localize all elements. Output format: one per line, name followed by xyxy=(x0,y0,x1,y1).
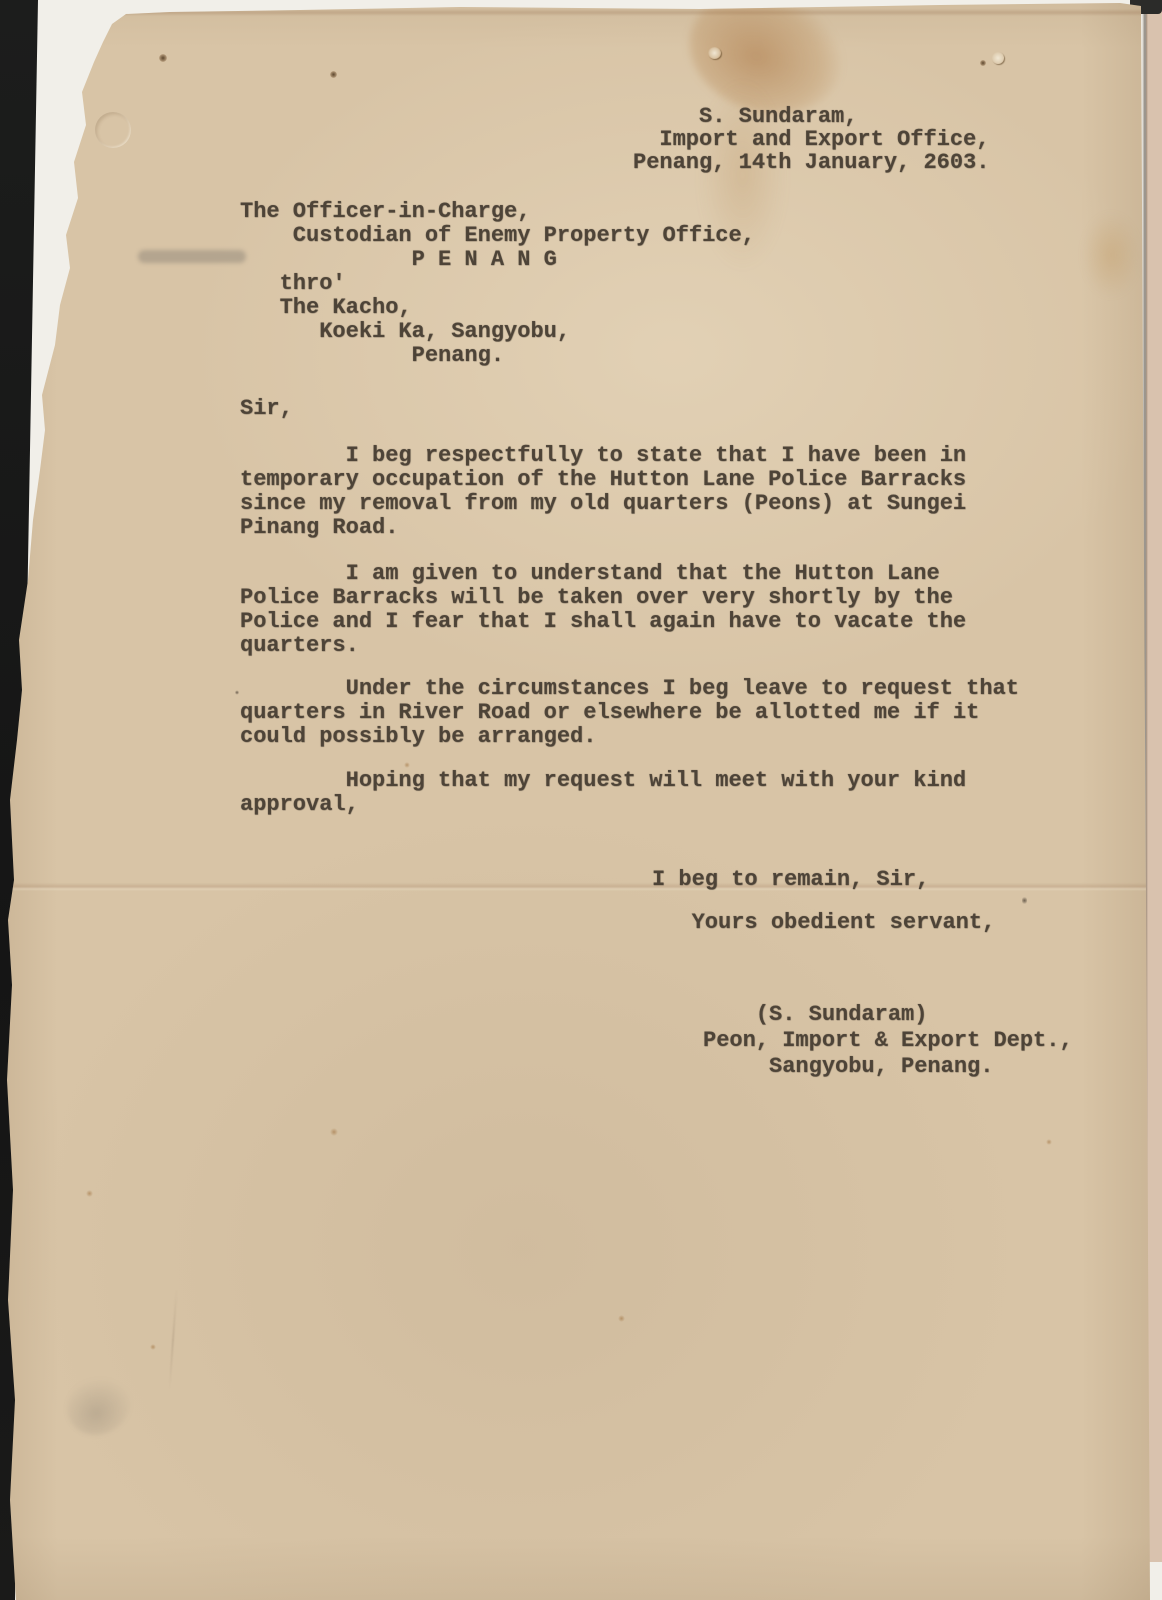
body-paragraph-2: I am given to understand that the Hutton… xyxy=(240,562,966,658)
body-paragraph-3: Under the circumstances I beg leave to r… xyxy=(240,677,1019,749)
body-paragraph-4: Hoping that my request will meet with yo… xyxy=(240,769,966,817)
sender-address-block: S. Sundaram, Import and Export Office, P… xyxy=(633,105,989,174)
salutation: Sir, xyxy=(240,397,293,421)
scanned-letter-photo: S. Sundaram, Import and Export Office, P… xyxy=(0,0,1162,1600)
complimentary-close: I beg to remain, Sir, Yours obedient ser… xyxy=(652,869,995,934)
recipient-address-block: The Officer-in-Charge, Custodian of Enem… xyxy=(240,200,755,368)
body-paragraph-1: I beg respectfully to state that I have … xyxy=(240,444,966,540)
typed-text-layer: S. Sundaram, Import and Export Office, P… xyxy=(0,0,1162,1600)
signature-block: (S. Sundaram) Peon, Import & Export Dept… xyxy=(703,1002,1073,1080)
